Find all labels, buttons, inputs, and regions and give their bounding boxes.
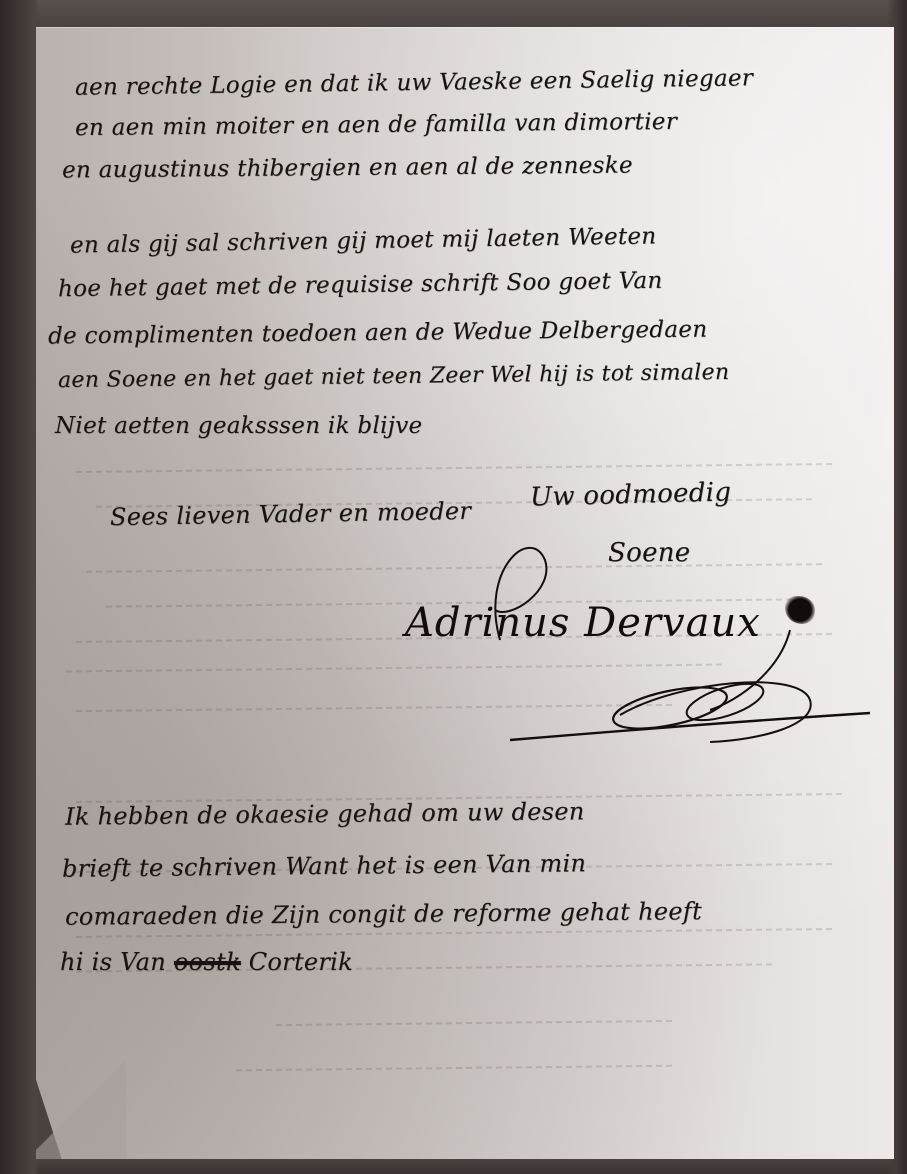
postscript-line-4-start: hi is Van [60, 948, 166, 976]
signature-flourish [380, 530, 880, 760]
postscript-line-2: brieft te schriven Want het is een Van m… [62, 849, 587, 882]
torn-corner [36, 1049, 126, 1159]
postscript-line-4: hi is Van oostk Corterik [60, 948, 353, 976]
closing-humble: Uw oodmoedig [530, 477, 732, 512]
letter-line-8: Niet aetten geaksssen ik blijve [55, 413, 422, 439]
letter-line-3: en augustinus thibergien en aen al de ze… [62, 153, 633, 184]
postscript-line-3: comaraeden die Zijn congit de reforme ge… [65, 897, 702, 931]
paper-crease [36, 27, 894, 28]
postscript-line-1: Ik hebben de okaesie gehad om uw desen [65, 797, 585, 830]
postscript-place: Corterik [249, 948, 353, 976]
struck-out-word: oostk [174, 948, 241, 976]
